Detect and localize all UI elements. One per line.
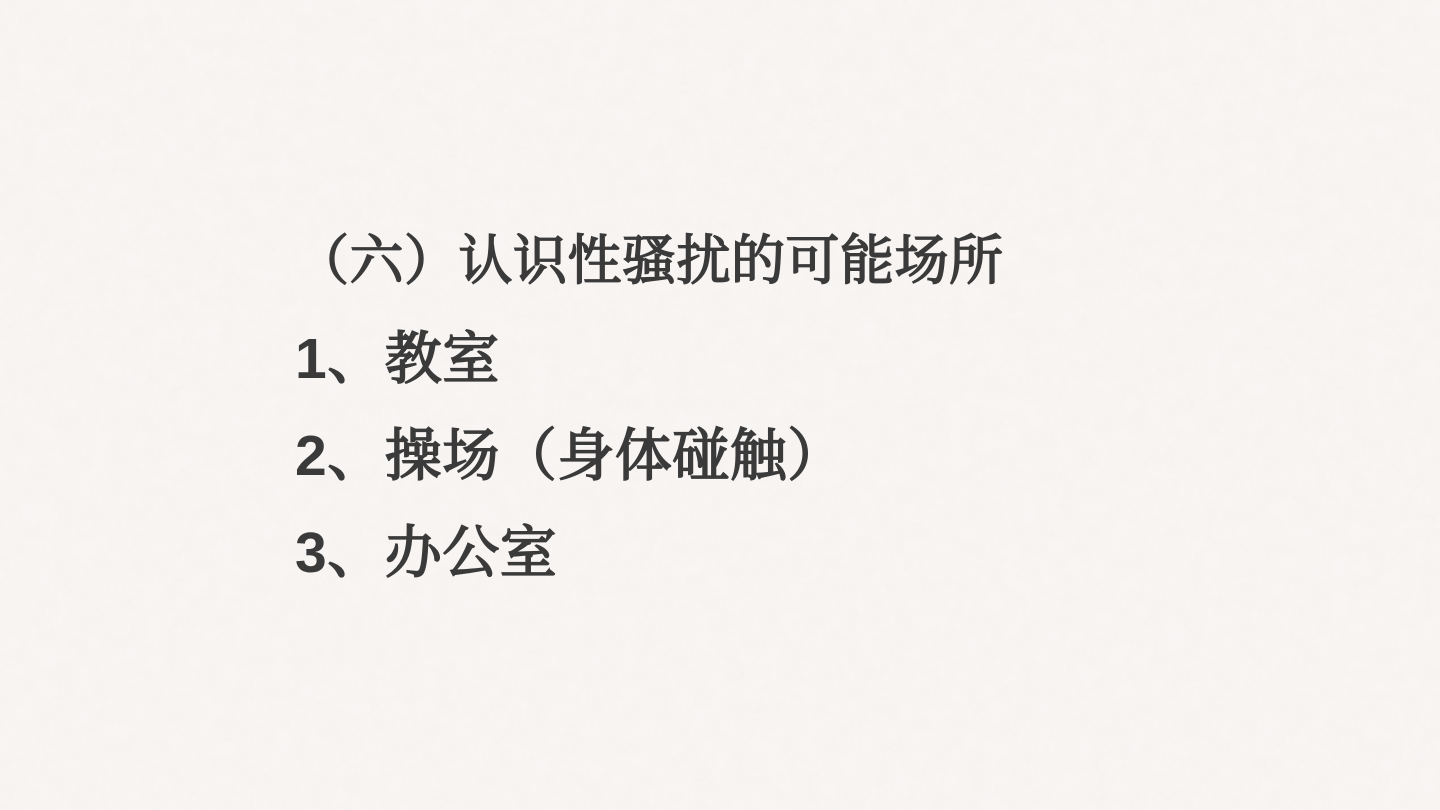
list-item: 3、办公室 xyxy=(295,499,1004,596)
list-item: 2、操场（身体碰触） xyxy=(295,402,1004,499)
list-item-label: 3、办公室 xyxy=(295,507,557,589)
list-item-label: 2、操场（身体碰触） xyxy=(295,410,845,492)
list-item: 1、教室 xyxy=(295,305,1004,402)
slide-content: （六）认识性骚扰的可能场所 1、教室 2、操场（身体碰触） 3、办公室 xyxy=(295,208,1004,596)
list-item-label: 1、教室 xyxy=(295,313,500,395)
slide-title: （六）认识性骚扰的可能场所 xyxy=(295,208,1004,305)
presentation-slide: （六）认识性骚扰的可能场所 1、教室 2、操场（身体碰触） 3、办公室 xyxy=(0,0,1440,810)
